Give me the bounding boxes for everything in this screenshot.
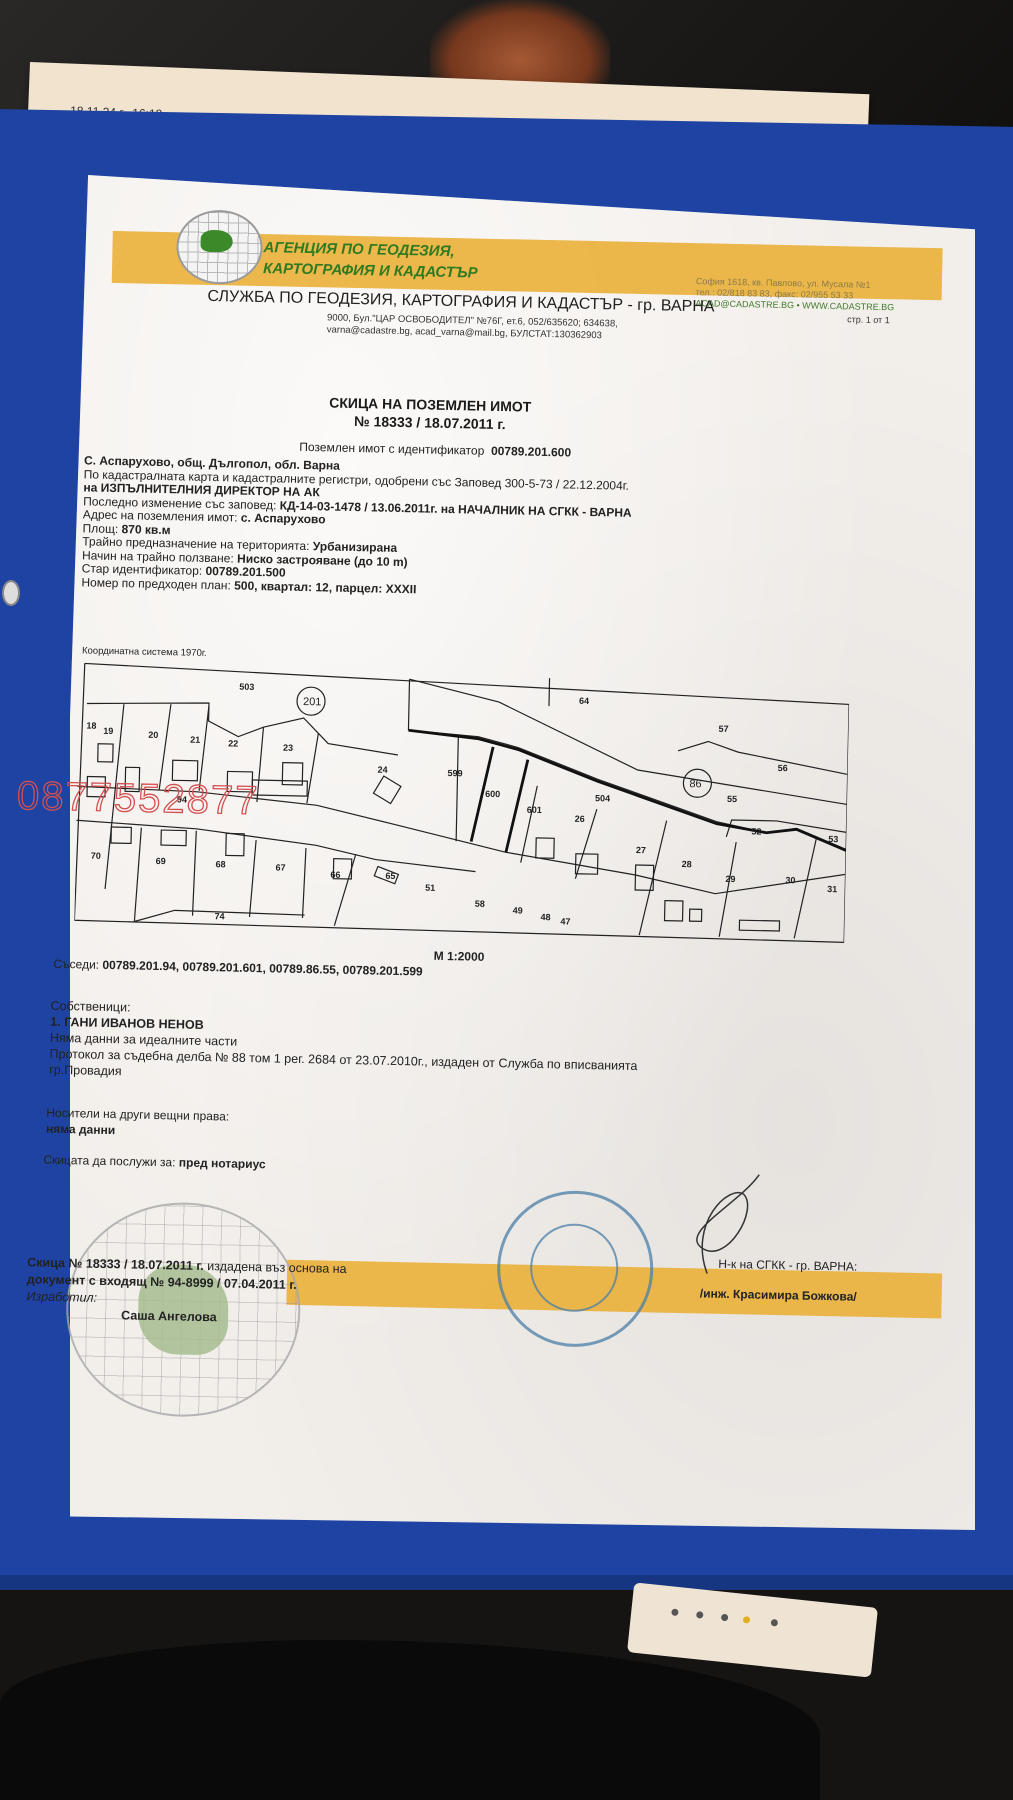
agency-name: АГЕНЦИЯ ПО ГЕОДЕЗИЯ, КАРТОГРАФИЯ И КАДАС… [263, 237, 478, 283]
svg-text:55: 55 [727, 794, 737, 804]
binder-hole [2, 580, 20, 606]
svg-text:52: 52 [751, 826, 761, 836]
svg-text:58: 58 [475, 899, 485, 909]
property-fields: С. Аспарухово, общ. Дългопол, обл. Варна… [81, 454, 884, 606]
svg-text:31: 31 [827, 884, 837, 894]
sketch-purpose-label: Скицата да послужи за: [43, 1153, 175, 1170]
svg-text:23: 23 [283, 743, 293, 753]
svg-text:601: 601 [527, 805, 542, 815]
folder-edge [0, 1575, 1013, 1590]
agency-contact: София 1618, кв. Павлово, ул. Мусала №1 т… [695, 276, 894, 313]
identifier-label: Поземлен имот с идентификатор [299, 440, 484, 458]
identifier-row: Поземлен имот с идентификатор 00789.201.… [299, 440, 571, 460]
svg-text:67: 67 [275, 862, 285, 872]
cadastral-sketch-document: АГЕНЦИЯ ПО ГЕОДЕЗИЯ, КАРТОГРАФИЯ И КАДАС… [42, 175, 975, 1549]
svg-text:21: 21 [190, 735, 200, 745]
svg-text:599: 599 [447, 768, 462, 778]
svg-text:70: 70 [91, 851, 101, 861]
svg-text:29: 29 [725, 874, 735, 884]
svg-text:68: 68 [215, 859, 225, 869]
svg-text:74: 74 [214, 911, 224, 921]
footer-issue-info: Скица № 18333 / 18.07.2011 г. издадена в… [26, 1254, 347, 1329]
quarter-201: 201 [303, 696, 322, 708]
svg-text:49: 49 [513, 905, 523, 915]
svg-text:504: 504 [595, 793, 610, 803]
chief-signature-block: Н-к на СГКК - гр. ВАРНА: /инж. Красимира… [646, 1247, 857, 1311]
svg-text:65: 65 [385, 871, 395, 881]
svg-text:53: 53 [828, 834, 838, 844]
svg-text:20: 20 [148, 730, 158, 740]
map-scale: М 1:2000 [434, 949, 485, 964]
coordinate-system: Координатна система 1970г. [82, 645, 207, 659]
neighbours-label: Съседи: [53, 957, 99, 972]
page-number: стр. 1 от 1 [847, 314, 890, 325]
sketch-purpose: Скицата да послужи за: пред нотариус [43, 1153, 266, 1172]
svg-text:503: 503 [239, 682, 254, 692]
svg-text:26: 26 [575, 814, 585, 824]
neighbours-value: 00789.201.94, 00789.201.601, 00789.86.55… [102, 958, 423, 979]
svg-text:64: 64 [579, 696, 589, 706]
svg-text:600: 600 [485, 789, 500, 799]
watermark-phone-number: 0877552877 [17, 774, 260, 824]
svg-text:69: 69 [156, 856, 166, 866]
svg-text:48: 48 [540, 912, 550, 922]
svg-text:57: 57 [718, 724, 728, 734]
document-title: СКИЦА НА ПОЗЕМЛЕН ИМОТ № 18333 / 18.07.2… [265, 392, 596, 435]
svg-text:56: 56 [778, 763, 788, 773]
neighbours: Съседи: 00789.201.94, 00789.201.601, 007… [53, 957, 422, 979]
svg-text:66: 66 [330, 870, 340, 880]
owners-section: Собственици: 1. ГАНИ ИВАНОВ НЕНОВ Няма д… [49, 998, 850, 1095]
svg-text:18: 18 [86, 720, 96, 730]
identifier-value: 00789.201.600 [491, 444, 571, 460]
official-stamp-icon [496, 1189, 655, 1348]
svg-text:24: 24 [378, 765, 388, 775]
chief-label: Н-к на СГКК - гр. ВАРНА: [647, 1247, 858, 1281]
service-address: 9000, Бул."ЦАР ОСВОБОДИТЕЛ" №76Г, ет.6, … [327, 312, 618, 342]
svg-text:28: 28 [682, 859, 692, 869]
agency-name-line2: КАРТОГРАФИЯ И КАДАСТЪР [263, 258, 478, 283]
svg-text:51: 51 [425, 883, 435, 893]
svg-text:27: 27 [636, 845, 646, 855]
svg-text:19: 19 [103, 726, 113, 736]
svg-text:47: 47 [560, 916, 570, 926]
other-rights: Носители на други вещни права: няма данн… [46, 1105, 229, 1141]
quarter-86: 86 [689, 778, 701, 790]
chief-name: /инж. Красимира Божкова/ [646, 1277, 857, 1311]
svg-text:22: 22 [228, 738, 238, 748]
sketch-purpose-value: пред нотариус [179, 1155, 266, 1171]
svg-text:30: 30 [785, 875, 795, 885]
